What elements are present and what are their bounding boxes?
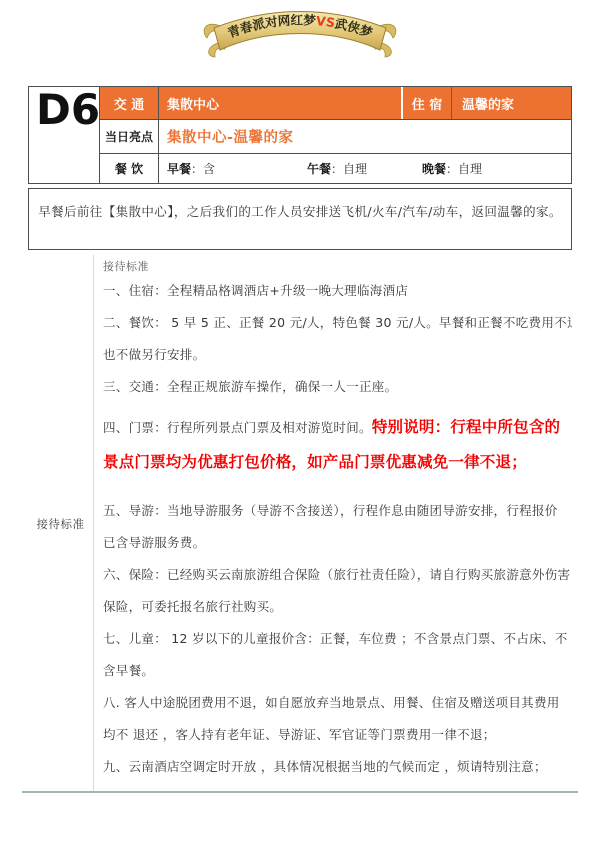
transport-value: 集散中心 bbox=[158, 87, 401, 119]
standard-line: 四、门票：行程所列景点门票及相对游览时间。特别说明：行程中所包含的 bbox=[103, 411, 572, 443]
lodging-label: 住 宿 bbox=[401, 87, 451, 119]
reception-content: 接待标准 一、住宿：全程精品格调酒店+升级一晚大理临海酒店二、餐饮： 5 早 5… bbox=[94, 255, 572, 792]
special-note-text: 景点门票均为优惠打包价格，如产品门票优惠减免一律不退； bbox=[103, 453, 527, 471]
reception-lines: 一、住宿：全程精品格调酒店+升级一晚大理临海酒店二、餐饮： 5 早 5 正、正餐… bbox=[103, 275, 572, 783]
standard-line: 七、儿童： 12 岁以下的儿童报价含：正餐，车位费 ；不含景点门票、不占床、不 bbox=[103, 623, 572, 655]
standard-line: 三、交通：全程正规旅游车操作，确保一人一正座。 bbox=[103, 371, 572, 403]
breakfast: 早餐：含 bbox=[167, 160, 307, 177]
standard-line: 二、餐饮： 5 早 5 正、正餐 20 元/人，特色餐 30 元/人。早餐和正餐… bbox=[103, 307, 572, 339]
standard-text: 一、住宿：全程精品格调酒店+升级一晚大理临海酒店 bbox=[103, 283, 408, 298]
ribbon-banner: 青春派对网红梦VS武侠梦 bbox=[200, 2, 400, 60]
standard-text: 二、餐饮： 5 早 5 正、正餐 20 元/人，特色餐 30 元/人。早餐和正餐… bbox=[103, 315, 572, 330]
lodging-value: 温馨的家 bbox=[451, 87, 571, 119]
standard-text: 九、云南酒店空调定时开放 ，具体情况根据当地的气候而定 ，烦请特别注意； bbox=[103, 759, 547, 774]
day-info-table: D6 交 通 集散中心 住 宿 温馨的家 当日亮点 集散中心-温馨的家 餐 饮 … bbox=[28, 86, 572, 184]
dinner: 晚餐：自理 bbox=[422, 160, 482, 177]
standard-text: 含早餐。 bbox=[103, 663, 154, 678]
highlight-label: 当日亮点 bbox=[99, 119, 158, 153]
standard-line: 五、导游：当地导游服务（导游不含接送），行程作息由随团导游安排，行程报价 bbox=[103, 495, 572, 527]
standard-text: 已含导游服务费。 bbox=[103, 535, 205, 550]
day-summary-text: 早餐后前往【集散中心】，之后我们的工作人员安排送飞机/火车/汽车/动车，返回温馨… bbox=[38, 204, 562, 219]
meals-row: 早餐：含 午餐：自理 晚餐：自理 bbox=[158, 153, 571, 183]
standard-text: 五、导游：当地导游服务（导游不含接送），行程作息由随团导游安排，行程报价 bbox=[103, 503, 558, 518]
day-number: D6 bbox=[29, 87, 99, 183]
highlight-value: 集散中心-温馨的家 bbox=[158, 119, 571, 153]
standard-text: 四、门票：行程所列景点门票及相对游览时间。 bbox=[103, 420, 372, 435]
bottom-divider-line bbox=[22, 791, 578, 793]
transport-label: 交 通 bbox=[99, 87, 158, 119]
reception-standards-section: 接待标准 接待标准 一、住宿：全程精品格调酒店+升级一晚大理临海酒店二、餐饮： … bbox=[28, 255, 572, 792]
standard-line: 含早餐。 bbox=[103, 655, 572, 687]
standard-text: 七、儿童： 12 岁以下的儿童报价含：正餐，车位费 ；不含景点门票、不占床、不 bbox=[103, 631, 568, 646]
special-note-text: 特别说明：行程中所包含的 bbox=[372, 418, 560, 436]
itinerary-page: 青春派对网红梦VS武侠梦 D6 交 通 集散中心 住 宿 温馨的家 当日亮点 集… bbox=[0, 0, 600, 848]
standard-text: 八. 客人中途脱团费用不退，如自愿放弃当地景点、用餐、住宿及赠送项目其费用 bbox=[103, 695, 560, 710]
meals-label: 餐 饮 bbox=[99, 153, 158, 183]
standard-text: 也不做另行安排。 bbox=[103, 347, 205, 362]
reception-side-label: 接待标准 bbox=[28, 255, 93, 792]
standard-line: 八. 客人中途脱团费用不退，如自愿放弃当地景点、用餐、住宿及赠送项目其费用 bbox=[103, 687, 572, 719]
standard-line: 景点门票均为优惠打包价格，如产品门票优惠减免一律不退； bbox=[103, 443, 572, 481]
standard-line: 六、保险：已经购买云南旅游组合保险（旅行社责任险），请自行购买旅游意外伤害 bbox=[103, 559, 572, 591]
standard-line: 保险，可委托报名旅行社购买。 bbox=[103, 591, 572, 623]
standard-text: 六、保险：已经购买云南旅游组合保险（旅行社责任险），请自行购买旅游意外伤害 bbox=[103, 567, 570, 582]
lunch: 午餐：自理 bbox=[307, 160, 422, 177]
standard-line: 也不做另行安排。 bbox=[103, 339, 572, 371]
standard-line: 一、住宿：全程精品格调酒店+升级一晚大理临海酒店 bbox=[103, 275, 572, 307]
gold-ribbon-icon: 青春派对网红梦VS武侠梦 bbox=[200, 2, 400, 60]
standard-line: 均不 退还 ，客人持有老年证、导游证、军官证等门票费用一律不退； bbox=[103, 719, 572, 751]
day-summary-box: 早餐后前往【集散中心】，之后我们的工作人员安排送飞机/火车/汽车/动车，返回温馨… bbox=[28, 188, 572, 250]
standard-text: 三、交通：全程正规旅游车操作，确保一人一正座。 bbox=[103, 379, 397, 394]
standard-text: 均不 退还 ，客人持有老年证、导游证、军官证等门票费用一律不退； bbox=[103, 727, 496, 742]
standard-line: 已含导游服务费。 bbox=[103, 527, 572, 559]
reception-heading: 接待标准 bbox=[103, 258, 572, 275]
standard-text: 保险，可委托报名旅行社购买。 bbox=[103, 599, 282, 614]
standard-line: 九、云南酒店空调定时开放 ，具体情况根据当地的气候而定 ，烦请特别注意； bbox=[103, 751, 572, 783]
